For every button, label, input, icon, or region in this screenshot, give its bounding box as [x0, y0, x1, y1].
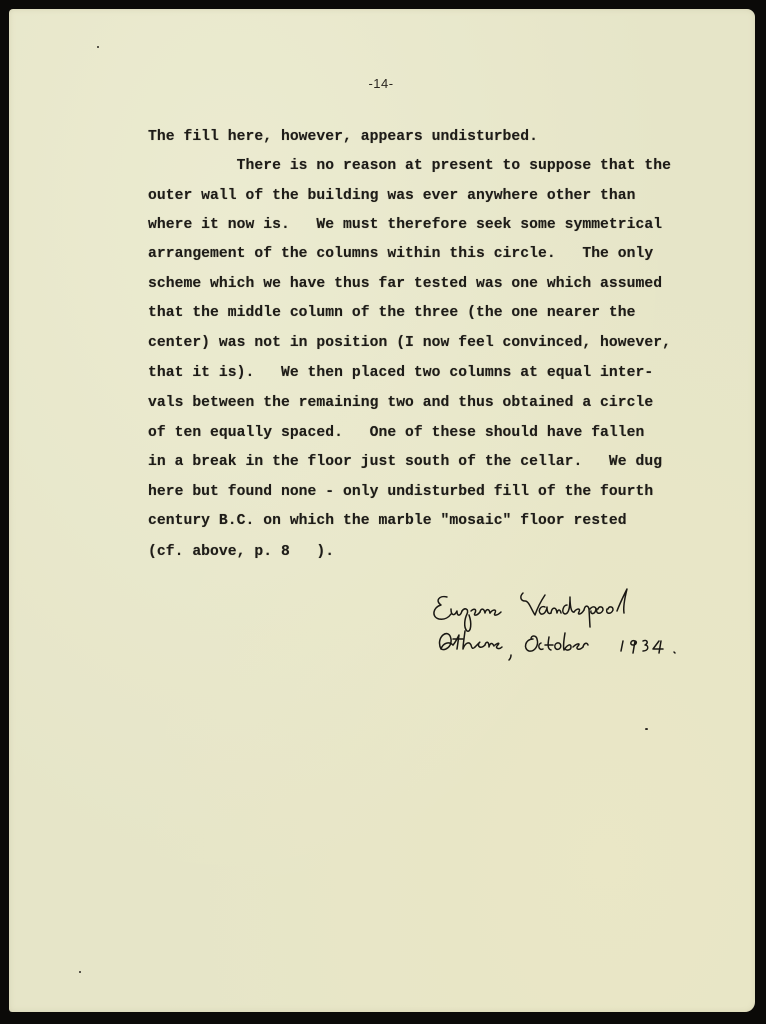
body-line-13: here but found none - only undisturbed f… — [148, 482, 653, 502]
paper-speck — [97, 46, 99, 48]
document-page: -14- The fill here, however, appears und… — [9, 9, 755, 1012]
paper-speck — [645, 728, 648, 730]
body-line-12: in a break in the floor just south of th… — [148, 452, 662, 472]
body-line-14: century B.C. on which the marble "mosaic… — [148, 511, 627, 531]
body-line-7: that the middle column of the three (the… — [148, 303, 636, 323]
body-line-8: center) was not in position (I now feel … — [148, 333, 671, 353]
body-line-4: where it now is. We must therefore seek … — [148, 215, 662, 235]
handwritten-signature: Eugene Vanderpool Athens, October 1934. — [427, 587, 707, 677]
paper-speck — [79, 971, 81, 973]
body-line-5: arrangement of the columns within this c… — [148, 244, 653, 264]
signature-ink-icon — [427, 587, 707, 677]
body-line-3: outer wall of the building was ever anyw… — [148, 186, 636, 206]
body-line-15: (cf. above, p. 8 ). — [148, 542, 334, 562]
body-line-11: of ten equally spaced. One of these shou… — [148, 423, 644, 443]
body-line-10: vals between the remaining two and thus … — [148, 393, 653, 413]
body-line-6: scheme which we have thus far tested was… — [148, 274, 662, 294]
body-line-9: that it is). We then placed two columns … — [148, 363, 653, 383]
body-line-2: There is no reason at present to suppose… — [148, 156, 671, 176]
body-line-1: The fill here, however, appears undistur… — [148, 127, 538, 147]
page-number: -14- — [361, 76, 401, 91]
